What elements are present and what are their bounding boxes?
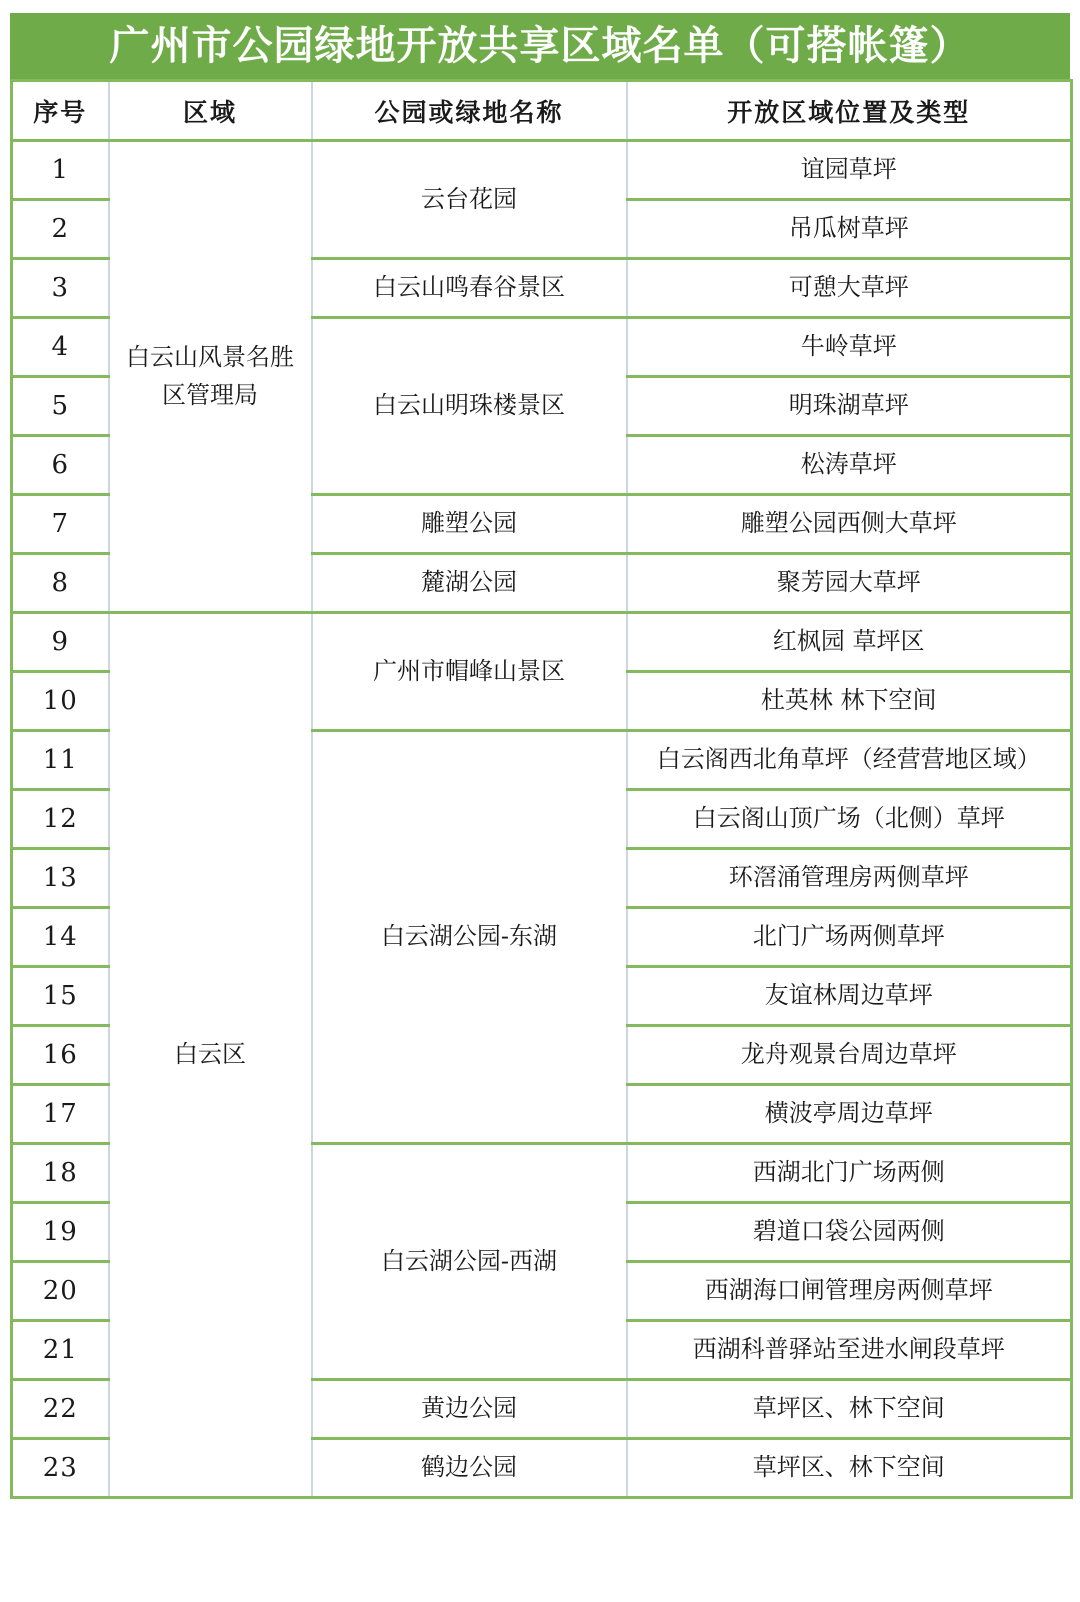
location-cell: 吊瓜树草坪 [627,200,1072,259]
table-title: 广州市公园绿地开放共享区域名单（可搭帐篷） [110,26,971,66]
open-areas-table: 序号 区域 公园或绿地名称 开放区域位置及类型 1 白云山风景名胜区管理局 云台… [10,79,1073,1499]
row-number-cell: 11 [12,731,109,790]
table-row: 1 白云山风景名胜区管理局 云台花园 谊园草坪 [12,141,1072,200]
location-cell: 松涛草坪 [627,436,1072,495]
row-number-cell: 23 [12,1439,109,1498]
location-cell: 碧道口袋公园两侧 [627,1203,1072,1262]
column-header-district: 区域 [109,81,312,141]
park-cell: 白云湖公园-东湖 [312,731,627,1144]
row-number-cell: 9 [12,613,109,672]
row-number-cell: 4 [12,318,109,377]
location-cell: 环滘涌管理房两侧草坪 [627,849,1072,908]
location-cell: 雕塑公园西侧大草坪 [627,495,1072,554]
park-cell: 云台花园 [312,141,627,259]
row-number-cell: 13 [12,849,109,908]
location-cell: 友谊林周边草坪 [627,967,1072,1026]
row-number-cell: 6 [12,436,109,495]
row-number-cell: 21 [12,1321,109,1380]
location-cell: 草坪区、林下空间 [627,1380,1072,1439]
location-cell: 西湖北门广场两侧 [627,1144,1072,1203]
location-cell: 红枫园 草坪区 [627,613,1072,672]
location-cell: 西湖科普驿站至进水闸段草坪 [627,1321,1072,1380]
park-cell: 麓湖公园 [312,554,627,613]
header-row: 序号 区域 公园或绿地名称 开放区域位置及类型 [12,81,1072,141]
park-cell: 雕塑公园 [312,495,627,554]
park-cell: 白云山鸣春谷景区 [312,259,627,318]
row-number-cell: 15 [12,967,109,1026]
row-number-cell: 1 [12,141,109,200]
document-sheet: 广州市公园绿地开放共享区域名单（可搭帐篷） 序号 区域 公园或绿地名称 开放区域… [10,13,1070,1499]
park-cell: 黄边公园 [312,1380,627,1439]
row-number-cell: 10 [12,672,109,731]
row-number-cell: 16 [12,1026,109,1085]
row-number-cell: 18 [12,1144,109,1203]
row-number-cell: 3 [12,259,109,318]
row-number-cell: 7 [12,495,109,554]
row-number-cell: 20 [12,1262,109,1321]
location-cell: 横波亭周边草坪 [627,1085,1072,1144]
row-number-cell: 5 [12,377,109,436]
location-cell: 白云阁山顶广场（北侧）草坪 [627,790,1072,849]
location-cell: 聚芳园大草坪 [627,554,1072,613]
park-cell: 白云山明珠楼景区 [312,318,627,495]
row-number-cell: 2 [12,200,109,259]
row-number-cell: 22 [12,1380,109,1439]
table-row: 9 白云区 广州市帽峰山景区 红枫园 草坪区 [12,613,1072,672]
location-cell: 西湖海口闸管理房两侧草坪 [627,1262,1072,1321]
row-number-cell: 8 [12,554,109,613]
location-cell: 龙舟观景台周边草坪 [627,1026,1072,1085]
location-cell: 白云阁西北角草坪（经营营地区域） [627,731,1072,790]
location-cell: 可憩大草坪 [627,259,1072,318]
row-number-cell: 19 [12,1203,109,1262]
location-cell: 草坪区、林下空间 [627,1439,1072,1498]
park-cell: 广州市帽峰山景区 [312,613,627,731]
location-cell: 北门广场两侧草坪 [627,908,1072,967]
row-number-cell: 17 [12,1085,109,1144]
column-header-no: 序号 [12,81,109,141]
row-number-cell: 14 [12,908,109,967]
location-cell: 明珠湖草坪 [627,377,1072,436]
park-cell: 白云湖公园-西湖 [312,1144,627,1380]
table-title-banner: 广州市公园绿地开放共享区域名单（可搭帐篷） [10,13,1070,79]
column-header-park: 公园或绿地名称 [312,81,627,141]
district-cell: 白云区 [109,613,312,1498]
park-cell: 鹤边公园 [312,1439,627,1498]
district-cell: 白云山风景名胜区管理局 [109,141,312,613]
location-cell: 杜英林 林下空间 [627,672,1072,731]
location-cell: 谊园草坪 [627,141,1072,200]
location-cell: 牛岭草坪 [627,318,1072,377]
column-header-location: 开放区域位置及类型 [627,81,1072,141]
row-number-cell: 12 [12,790,109,849]
